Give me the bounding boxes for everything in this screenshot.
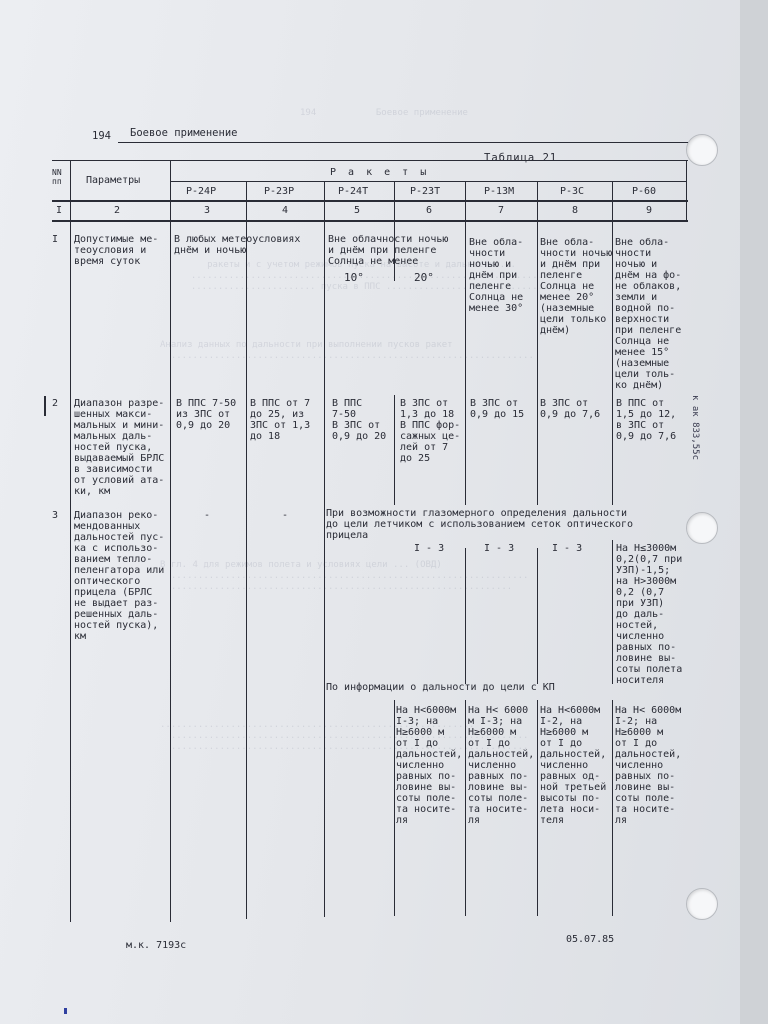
cell-r23r: В ППС от 7 до 25, из ЗПС от 1,3 до 18: [250, 398, 310, 442]
col-divider-8: [612, 181, 613, 505]
col-divider-8c: [612, 700, 613, 916]
table-title: Таблица 21: [484, 153, 557, 164]
col-divider-7: [537, 181, 538, 505]
page-edge: [740, 0, 768, 1024]
section-title: Боевое применение: [130, 128, 237, 139]
cell-r3s-visual: I - 3: [552, 543, 582, 554]
cell-r24t: В ППС 7-50 В ЗПС от 0,9 до 20: [332, 398, 386, 442]
cell-r23t-visual: I - 3: [414, 543, 444, 554]
table-top-border: [52, 160, 688, 161]
header-num: NN пп: [52, 168, 62, 186]
col-divider-4: [324, 181, 325, 917]
margin-change-mark: [44, 396, 46, 416]
col-divider-3: [246, 181, 247, 919]
cell-r60-kp: На Н< 6000м I-2; на Н≥6000 м от I до дал…: [615, 705, 681, 826]
cell-r23t: В ЗПС от 1,3 до 18 В ППС фор- сажных це-…: [400, 398, 460, 464]
cell-r60-visual: На Н≤3000м 0,2(0,7 при УЗП)-1,5; на Н>30…: [616, 543, 682, 686]
header-bottom-border: [52, 200, 688, 202]
cell-r24r: В ППС 7-50 из ЗПС от 0,9 до 20: [176, 398, 236, 431]
table-right-border: [686, 160, 687, 222]
col-number: 6: [426, 205, 432, 216]
cell-r13m: Вне обла- чности ночью и днём при пеленг…: [469, 237, 523, 314]
col-divider-5b: [394, 395, 395, 505]
col-number: 4: [282, 205, 288, 216]
row-parameter: Диапазон разре- шенных макси- мальных и …: [74, 398, 164, 497]
col-divider-2: [170, 160, 171, 922]
header-missile: Р-3С: [560, 186, 584, 197]
missiles-header-divider: [170, 181, 686, 182]
header-missiles-group: Р а к е т ы: [330, 167, 429, 178]
cell-r23r: -: [282, 510, 288, 521]
cell-r23t-kp: На Н<6000м I-3; на Н≥6000 м от I до даль…: [396, 705, 462, 826]
col-divider-7c: [537, 700, 538, 916]
footer-doc-id: м.к. 7193с: [126, 940, 186, 951]
cell-r13m-kp: На Н< 6000 м I-3; на Н≥6000 м от I до да…: [468, 705, 534, 826]
cell-r3s: В ЗПС от 0,9 до 7,6: [540, 398, 600, 420]
kp-range-note: По информации о дальности до цели с КП: [326, 682, 555, 693]
col-divider-6: [465, 181, 466, 505]
binder-hole-middle: [686, 512, 718, 544]
binder-hole-top: [686, 134, 718, 166]
cell-r3s-kp: На Н<6000м I-2, на Н≥6000 м от I до даль…: [540, 705, 606, 826]
cell-radar-missiles: В любых метеоусловиях днём и ночью: [174, 234, 300, 256]
row-parameter: Допустимые ме- теоусловия и время суток: [74, 234, 158, 267]
header-params: Параметры: [86, 175, 140, 186]
cell-r23t-angle: 20°: [414, 272, 434, 283]
cell-thermal-missiles: Вне облачности ночью и днём при пеленге …: [328, 234, 448, 267]
row-number: 2: [52, 398, 58, 409]
col-number: 3: [204, 205, 210, 216]
row-parameter: Диапазон реко- мендованных дальностей пу…: [74, 510, 164, 642]
footer-date: 05.07.85: [566, 934, 614, 945]
side-stamp: к ак 833,55с: [689, 395, 700, 460]
cell-r60: В ППС от 1,5 до 12, в ЗПС от 0,9 до 7,6: [616, 398, 676, 442]
col-divider-6c: [465, 700, 466, 916]
ink-dot: [64, 1008, 67, 1014]
col-divider-7b: [537, 548, 538, 684]
cell-r60: Вне обла- чности ночью и днём на фо- не …: [615, 237, 681, 391]
col-number: 5: [354, 205, 360, 216]
col-divider-5c: [394, 700, 395, 916]
header-missile: Р-24Т: [338, 186, 368, 197]
col-number: 7: [498, 205, 504, 216]
cell-r24t-angle: 10°: [344, 272, 364, 283]
header-missile: Р-24Р: [186, 186, 216, 197]
document-page: 194 Боевое применение ракеты и с учетом …: [0, 0, 740, 1024]
col-number: 9: [646, 205, 652, 216]
col-number: 8: [572, 205, 578, 216]
col-divider-8b: [612, 540, 613, 684]
col-divider-1: [70, 160, 71, 922]
col-divider-6b: [465, 548, 466, 684]
header-missile: Р-23Т: [410, 186, 440, 197]
cell-r24r: -: [204, 510, 210, 521]
visual-range-note: При возможности глазомерного определения…: [326, 508, 633, 541]
section-title-underline: [118, 142, 688, 143]
cell-r13m: В ЗПС от 0,9 до 15: [470, 398, 524, 420]
cell-r3s: Вне обла- чности ночью и днём при пеленг…: [540, 237, 612, 336]
row-number: 3: [52, 510, 58, 521]
page-number: 194: [92, 131, 111, 142]
cell-r13m-visual: I - 3: [484, 543, 514, 554]
header-missile: Р-13М: [484, 186, 514, 197]
col-number: I: [56, 205, 62, 216]
header-missile: Р-60: [632, 186, 656, 197]
row-number: I: [52, 234, 58, 245]
col-number: 2: [114, 205, 120, 216]
column-numbers-divider: [52, 220, 688, 222]
binder-hole-bottom: [686, 888, 718, 920]
header-missile: Р-23Р: [264, 186, 294, 197]
